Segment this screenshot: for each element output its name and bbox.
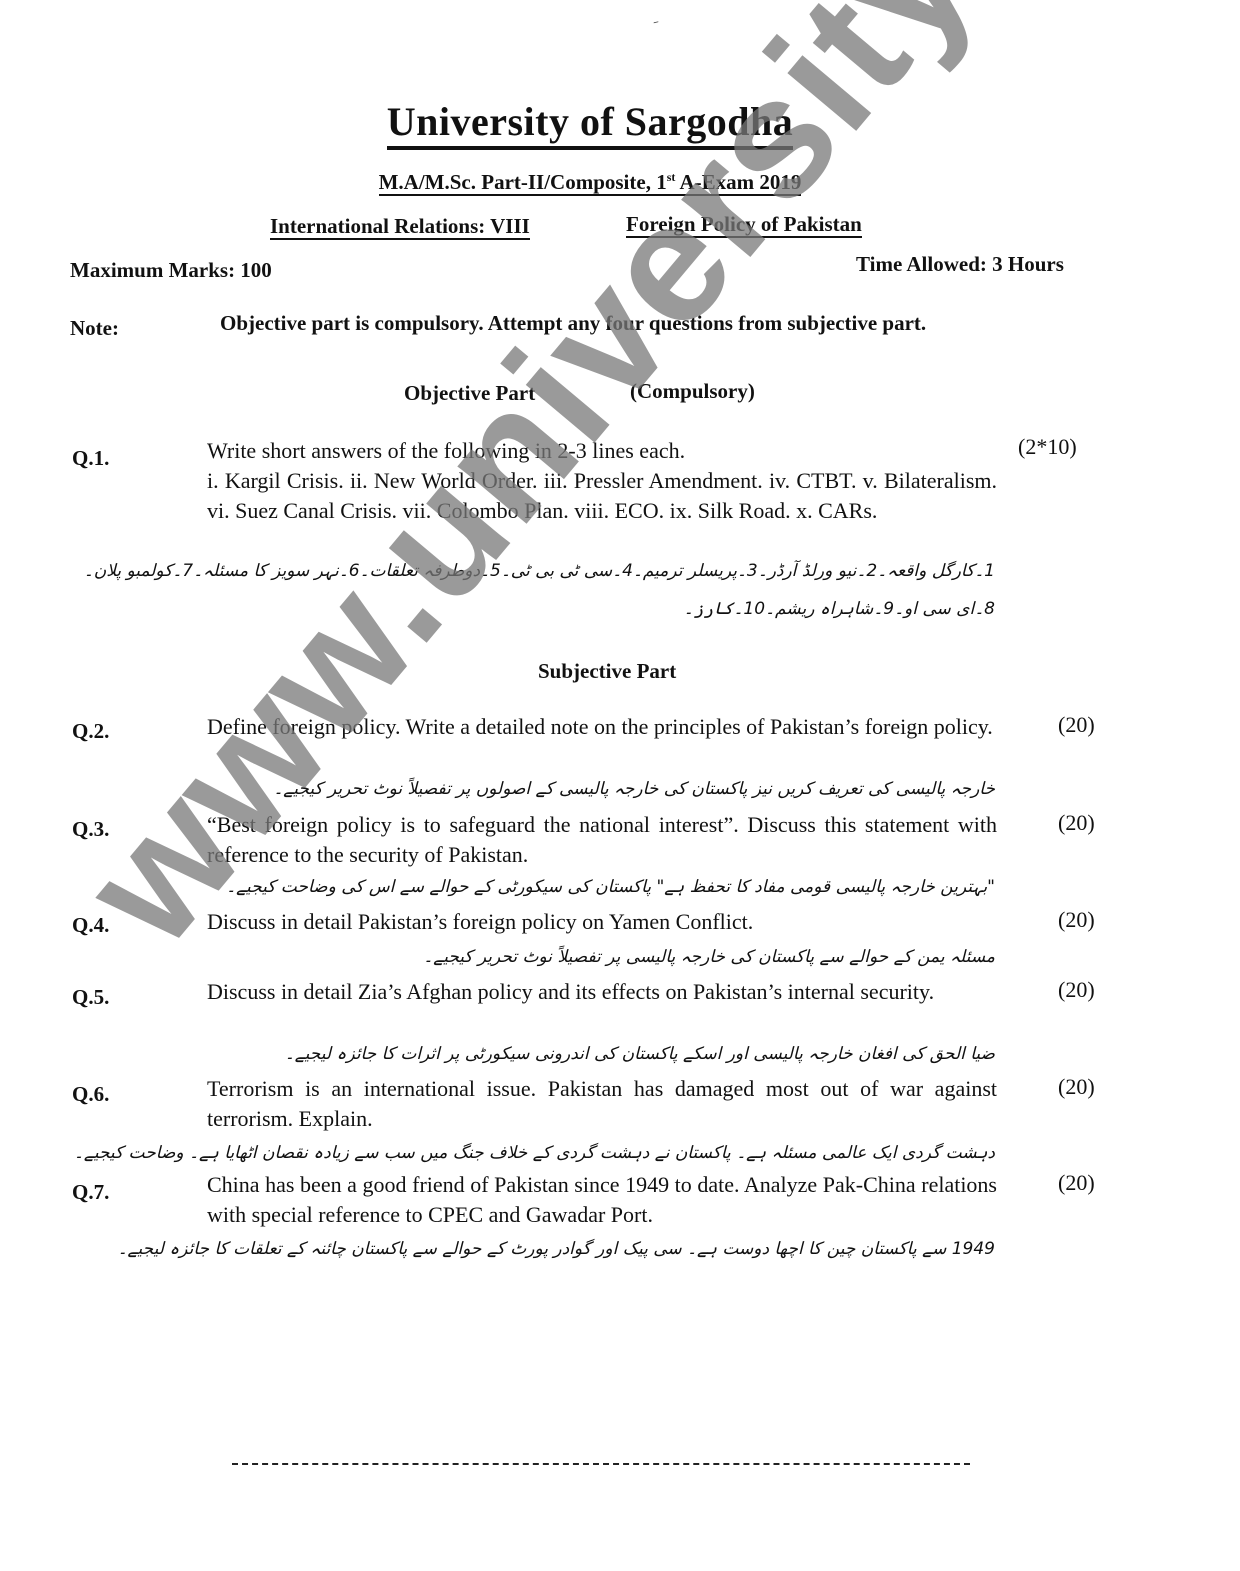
urdu-translation: 1۔کارگل واقعہ۔2۔نیو ورلڈ آرڈر۔3۔پریسلر ت… — [84, 560, 995, 581]
university-title: University of Sargodha — [0, 98, 1180, 145]
question-marks: (20) — [1058, 810, 1095, 836]
urdu-translation: خارجہ پالیسی کی تعریف کریں نیز پاکستان ک… — [273, 778, 995, 799]
question-text: “Best foreign policy is to safeguard the… — [207, 810, 997, 870]
paper-title: Foreign Policy of Pakistan — [626, 212, 862, 237]
question-text: Discuss in detail Pakistan’s foreign pol… — [207, 907, 997, 937]
question-text: Terrorism is an international issue. Pak… — [207, 1074, 997, 1134]
question-number: Q.1. — [72, 446, 109, 471]
urdu-translation: "بہترین خارجہ پالیسی قومی مفاد کا تحفظ ہ… — [226, 876, 995, 897]
subject-title: International Relations: VIII — [270, 214, 530, 239]
urdu-translation: دہشت گردی ایک عالمی مسئلہ ہے۔ پاکستان نے… — [74, 1142, 995, 1163]
question-number: Q.2. — [72, 719, 109, 744]
note-text: Objective part is compulsory. Attempt an… — [220, 311, 926, 336]
urdu-translation: ضیا الحق کی افغان خارجہ پالیسی اور اسکے … — [285, 1043, 995, 1064]
question-text: Write short answers of the following in … — [207, 436, 997, 526]
time-allowed: Time Allowed: 3 Hours — [856, 252, 1064, 277]
end-divider — [232, 1463, 970, 1465]
question-marks: (20) — [1058, 977, 1095, 1003]
objective-heading-note: (Compulsory) — [630, 379, 755, 404]
urdu-translation: 8۔ای سی او۔9۔شاہراہ ریشم۔10۔کارز۔ — [684, 598, 995, 619]
question-number: Q.5. — [72, 985, 109, 1010]
question-number: Q.6. — [72, 1082, 109, 1107]
max-marks: Maximum Marks: 100 — [70, 258, 272, 283]
short-items: i. Kargil Crisis. ii. New World Order. i… — [207, 466, 997, 526]
subjective-heading: Subjective Part — [538, 659, 676, 684]
question-marks: (20) — [1058, 1074, 1095, 1100]
exam-title: M.A/M.Sc. Part-II/Composite, 1st A-Exam … — [0, 170, 1180, 195]
objective-heading: Objective Part — [404, 381, 535, 406]
question-text: Discuss in detail Zia’s Afghan policy an… — [207, 977, 997, 1007]
question-marks: (20) — [1058, 1170, 1095, 1196]
question-number: Q.3. — [72, 817, 109, 842]
urdu-translation: 1949 سے پاکستان چین کا اچھا دوست ہے۔ سی … — [118, 1238, 995, 1259]
note-label: Note: — [70, 316, 119, 341]
question-text: Define foreign policy. Write a detailed … — [207, 712, 997, 742]
urdu-translation: مسئلہ یمن کے حوالے سے پاکستان کی خارجہ پ… — [423, 946, 995, 967]
question-marks: (20) — [1058, 712, 1095, 738]
question-number: Q.7. — [72, 1180, 109, 1205]
question-text: China has been a good friend of Pakistan… — [207, 1170, 997, 1230]
question-number: Q.4. — [72, 913, 109, 938]
question-marks: (2*10) — [1018, 434, 1077, 460]
question-marks: (20) — [1058, 907, 1095, 933]
